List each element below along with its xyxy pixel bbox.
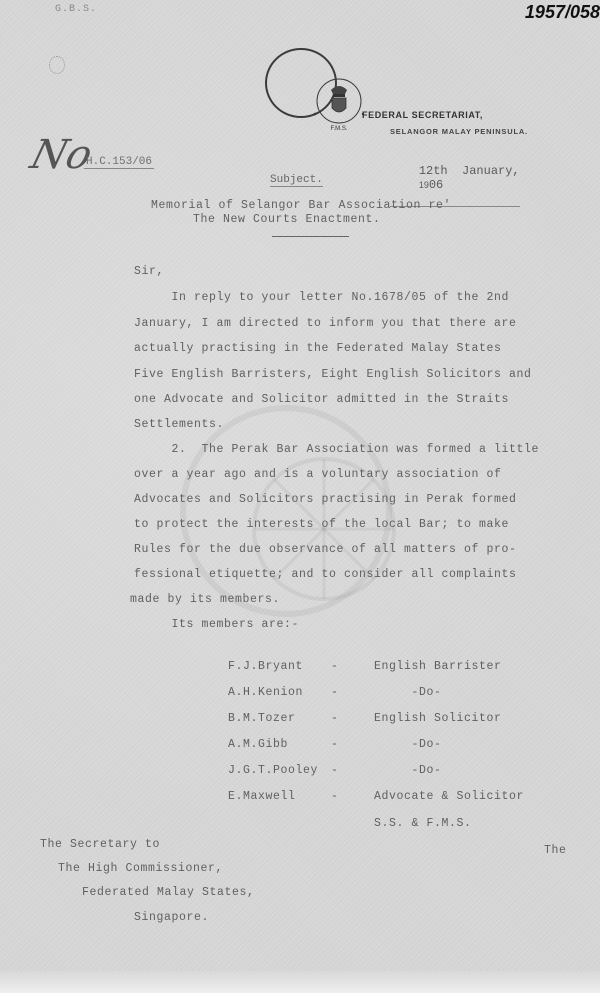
member-dash: - [331,712,339,725]
member-role: Advocate & Solicitor [374,790,524,803]
member-dash: - [331,790,339,803]
member-name: F.J.Bryant [228,660,303,673]
letterhead-line-1: FEDERAL SECRETARIAT, [362,110,483,120]
member-name: B.M.Tozer [228,712,296,725]
svg-text:F.M.S.: F.M.S. [331,126,348,132]
body-line: Settlements. [134,418,224,431]
subject-heading: Subject. [270,174,323,187]
member-role: -Do- [374,686,442,699]
addressee-line-3: Federated Malay States, [82,886,255,899]
body-line: Five English Barristers, Eight English S… [134,368,532,381]
addressee-line-4: Singapore. [134,911,209,924]
body-line: January, I am directed to inform you tha… [134,317,517,330]
subject-line-1: Memorial of Selangor Bar Association re' [151,199,451,212]
body-line: one Advocate and Solicitor admitted in t… [134,393,509,406]
member-name: A.M.Gibb [228,738,288,751]
number-script-label: No [26,132,97,178]
faint-stamp-icon [49,56,65,74]
date-day-month: 12th January, [419,164,520,178]
member-role-note: S.S. & F.M.S. [374,817,472,830]
subject-line-2: The New Courts Enactment. [193,213,381,226]
body-line: 2. The Perak Bar Association was formed … [134,443,539,456]
reference-number: H.C.153/06 [84,156,154,169]
member-role: -Do- [374,738,442,751]
office-mark: G.B.S. [55,4,97,15]
member-dash: - [331,764,339,777]
catchword: The [544,844,567,857]
date-year-suffix: 06 [429,178,443,192]
subject-rule [272,236,349,237]
member-role: -Do- [374,764,442,777]
body-line: In reply to your letter No.1678/05 of th… [134,291,509,304]
body-line: made by its members. [130,593,280,606]
salutation: Sir, [134,265,164,278]
body-line: actually practising in the Federated Mal… [134,342,502,355]
body-line: over a year ago and is a voluntary assoc… [134,468,502,481]
member-name: J.G.T.Pooley [228,764,318,777]
member-name: E.Maxwell [228,790,296,803]
archive-reference: 1957/058 [525,2,600,23]
watermark-seal-icon [180,405,392,617]
letterhead-line-2: SELANGOR MALAY PENINSULA. [390,127,528,136]
letter-page: 1957/058 G.B.S. F.M.S. FEDERAL SECRETARI… [0,0,600,993]
federal-secretariat-seal-icon: F.M.S. [265,48,337,118]
member-role: English Barrister [374,660,502,673]
member-name: A.H.Kenion [228,686,303,699]
addressee-line-2: The High Commissioner, [58,862,223,875]
body-line: Advocates and Solicitors practising in P… [134,493,517,506]
member-dash: - [331,660,339,673]
date-year-prefix: 19 [419,180,429,190]
member-dash: - [331,686,339,699]
member-dash: - [331,738,339,751]
member-role: English Solicitor [374,712,502,725]
body-line: fessional etiquette; and to consider all… [134,568,517,581]
body-line: to protect the interests of the local Ba… [134,518,509,531]
body-line: Rules for the due observance of all matt… [134,543,517,556]
body-line: Its members are:- [134,618,299,631]
addressee-line-1: The Secretary to [40,838,160,851]
page-bottom-edge [0,971,600,993]
